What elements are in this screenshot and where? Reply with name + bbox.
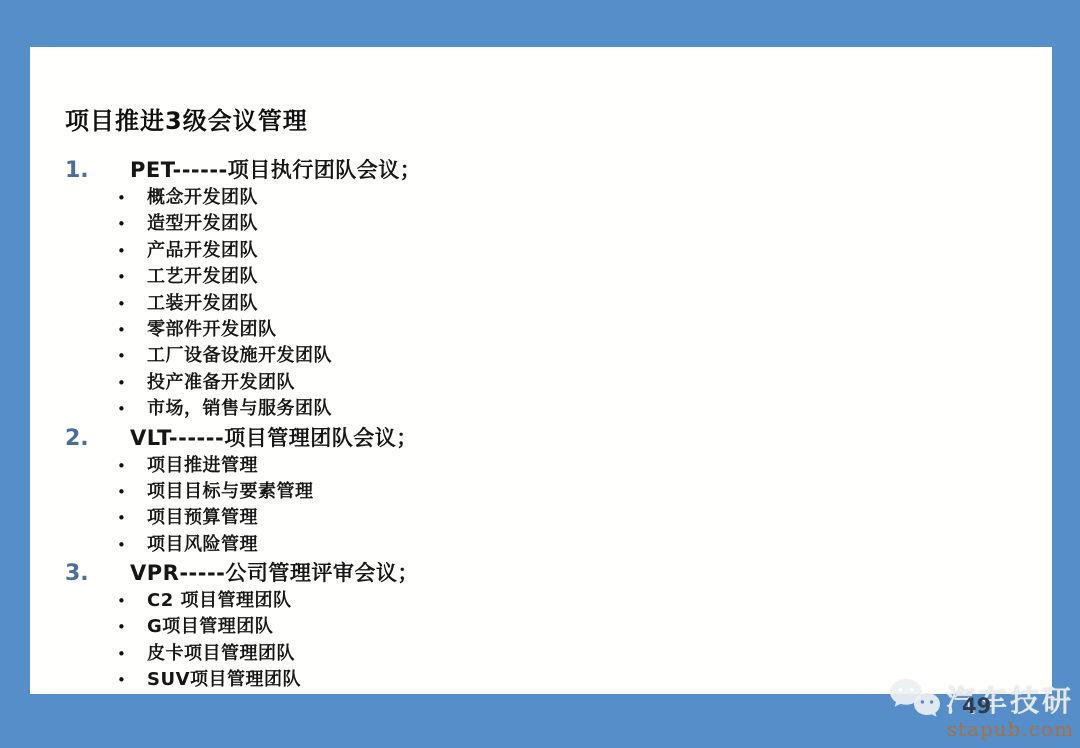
list-item: • 工装开发团队 bbox=[117, 291, 1024, 317]
meeting-section: 1. PET------项目执行团队会议； • 概念开发团队 • 造型开发团队 … bbox=[65, 155, 1024, 423]
section-number: 2. bbox=[65, 424, 130, 454]
list-item-label: 产品开发团队 bbox=[147, 238, 258, 264]
list-item-label: 工厂设备设施开发团队 bbox=[147, 343, 332, 369]
bullet-icon: • bbox=[117, 614, 147, 640]
list-item-label: 项目风险管理 bbox=[147, 532, 258, 558]
list-item-label: 市场，销售与服务团队 bbox=[147, 396, 332, 422]
list-item: • 零部件开发团队 bbox=[117, 317, 1024, 343]
list-item: • 项目预算管理 bbox=[117, 505, 1024, 531]
list-item: • 市场，销售与服务团队 bbox=[117, 396, 1024, 422]
bullet-icon: • bbox=[117, 238, 147, 264]
bullet-icon: • bbox=[117, 343, 147, 369]
bullet-icon: • bbox=[117, 479, 147, 505]
meeting-section: 3. VPR-----公司管理评审会议； • C2 项目管理团队 • G项目管理… bbox=[65, 558, 1024, 694]
bullet-icon: • bbox=[117, 264, 147, 290]
list-item-label: 项目推进管理 bbox=[147, 453, 258, 479]
bullet-icon: • bbox=[117, 532, 147, 558]
list-item-label: 项目预算管理 bbox=[147, 505, 258, 531]
bullet-icon: • bbox=[117, 211, 147, 237]
section-items: • 项目推进管理 • 项目目标与要素管理 • 项目预算管理 • 项目风险管理 bbox=[65, 453, 1024, 559]
section-heading-label: VPR-----公司管理评审会议； bbox=[130, 558, 419, 588]
section-items: • 概念开发团队 • 造型开发团队 • 产品开发团队 • 工艺开发团队 • 工装… bbox=[65, 185, 1024, 423]
bullet-icon: • bbox=[117, 370, 147, 396]
section-heading-row: 1. PET------项目执行团队会议； bbox=[65, 155, 1024, 185]
section-number: 3. bbox=[65, 559, 130, 589]
list-item: • 项目推进管理 bbox=[117, 453, 1024, 479]
list-item: • SUV项目管理团队 bbox=[117, 667, 1024, 693]
slide-content-area: 项目推进3级会议管理 1. PET------项目执行团队会议； • 概念开发团… bbox=[30, 47, 1052, 694]
bullet-icon: • bbox=[117, 641, 147, 667]
list-item: • 工艺开发团队 bbox=[117, 264, 1024, 290]
list-item-label: C2 项目管理团队 bbox=[147, 588, 292, 614]
list-item-label: G项目管理团队 bbox=[147, 614, 273, 640]
section-heading-row: 2. VLT------项目管理团队会议； bbox=[65, 423, 1024, 453]
list-item-label: 工艺开发团队 bbox=[147, 264, 258, 290]
list-item: • 项目目标与要素管理 bbox=[117, 479, 1024, 505]
section-heading-label: PET------项目执行团队会议； bbox=[130, 155, 421, 185]
bullet-icon: • bbox=[117, 505, 147, 531]
page-title: 项目推进3级会议管理 bbox=[65, 106, 1024, 136]
list-item: • G项目管理团队 bbox=[117, 614, 1024, 640]
bullet-icon: • bbox=[117, 317, 147, 343]
section-heading-row: 3. VPR-----公司管理评审会议； bbox=[65, 558, 1024, 588]
list-item: • 产品开发团队 bbox=[117, 238, 1024, 264]
site-url: stapub.com bbox=[947, 717, 1074, 741]
list-item: • C2 项目管理团队 bbox=[117, 588, 1024, 614]
bullet-icon: • bbox=[117, 396, 147, 422]
bullet-icon: • bbox=[117, 291, 147, 317]
list-item: • 造型开发团队 bbox=[117, 211, 1024, 237]
bullet-icon: • bbox=[117, 667, 147, 693]
section-number: 1. bbox=[65, 156, 130, 186]
slide-body: 项目推进3级会议管理 1. PET------项目执行团队会议； • 概念开发团… bbox=[30, 47, 1052, 694]
list-item-label: 零部件开发团队 bbox=[147, 317, 277, 343]
list-item: • 投产准备开发团队 bbox=[117, 370, 1024, 396]
bullet-icon: • bbox=[117, 453, 147, 479]
list-item-label: 皮卡项目管理团队 bbox=[147, 641, 295, 667]
meeting-section: 2. VLT------项目管理团队会议； • 项目推进管理 • 项目目标与要素… bbox=[65, 423, 1024, 559]
list-item-label: SUV项目管理团队 bbox=[147, 667, 301, 693]
list-item: • 皮卡项目管理团队 bbox=[117, 641, 1024, 667]
bullet-icon: • bbox=[117, 588, 147, 614]
list-item: • 概念开发团队 bbox=[117, 185, 1024, 211]
list-item: • 工厂设备设施开发团队 bbox=[117, 343, 1024, 369]
list-item: • 项目风险管理 bbox=[117, 532, 1024, 558]
list-item-label: 工装开发团队 bbox=[147, 291, 258, 317]
section-items: • C2 项目管理团队 • G项目管理团队 • 皮卡项目管理团队 • SUV项目… bbox=[65, 588, 1024, 694]
slide-background: { "slide": { "title": "项目推进3级会议管理", "bul… bbox=[0, 0, 1080, 748]
list-item-label: 项目目标与要素管理 bbox=[147, 479, 314, 505]
sections-list: 1. PET------项目执行团队会议； • 概念开发团队 • 造型开发团队 … bbox=[65, 155, 1024, 694]
list-item-label: 概念开发团队 bbox=[147, 185, 258, 211]
list-item-label: 投产准备开发团队 bbox=[147, 370, 295, 396]
list-item-label: 造型开发团队 bbox=[147, 211, 258, 237]
section-heading-label: VLT------项目管理团队会议； bbox=[130, 423, 418, 453]
page-number: 49 bbox=[962, 694, 991, 718]
bullet-icon: • bbox=[117, 185, 147, 211]
